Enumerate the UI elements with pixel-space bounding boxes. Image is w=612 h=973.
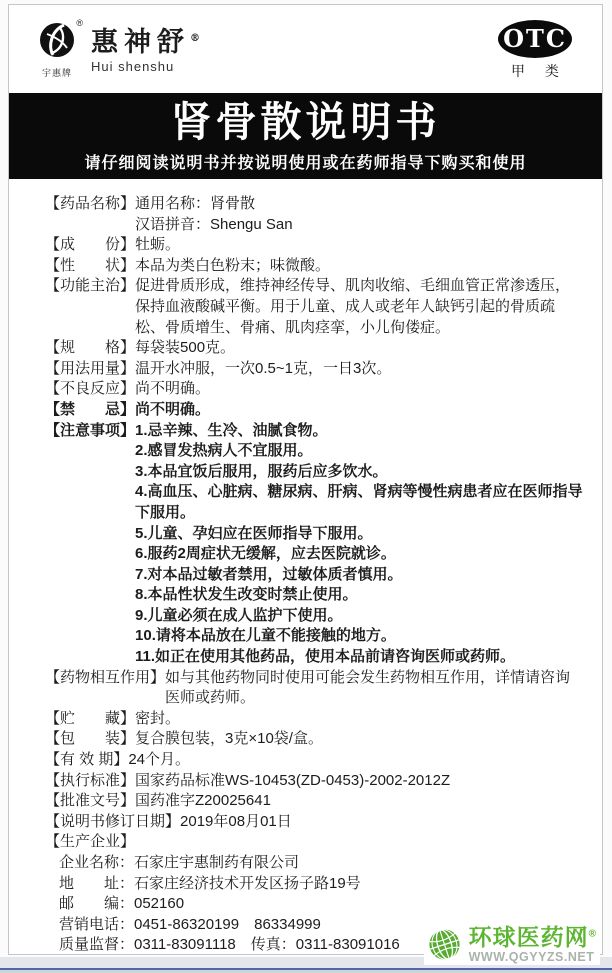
entry-content: 1.忌辛辣、生冷、油腻食物。2.感冒发热病人不宜服用。3.本品宜饭后服用，服药后…: [135, 421, 584, 668]
leaflet-sheet: ® 宇惠牌 惠神舒® Hui shenshu OTC 甲 类 肾骨散说明书 请仔…: [8, 4, 603, 955]
entry-line: 本品为类白色粉末；味微酸。: [135, 256, 584, 277]
leaflet-entry: 【生产企业】: [45, 832, 584, 853]
registered-mark: ®: [589, 928, 597, 939]
leaflet-entry: 【有 效 期】24个月。: [45, 750, 584, 771]
watermark-text: 环球医药网® WWW.QGYYZS.NET: [469, 926, 597, 964]
entry-content: 2019年08月01日: [180, 812, 584, 833]
entry-line: 牡蛎。: [135, 235, 584, 256]
leaflet-entry: 【包 装】复合膜包装，3克×10袋/盒。: [45, 729, 584, 750]
leaflet-entry: 【药品名称】通用名称：肾骨散汉语拼音：Shengu San: [45, 194, 584, 235]
entry-label: 【功能主治】: [45, 276, 135, 297]
globe-icon: [427, 927, 462, 962]
entry-content: 本品为类白色粉末；味微酸。: [135, 256, 584, 277]
entry-content: 密封。: [135, 709, 584, 730]
entry-line: 8.本品性状发生改变时禁止使用。: [135, 585, 584, 606]
entry-line: 通用名称：肾骨散: [135, 194, 584, 215]
entry-line: 国药准字Z20025641: [135, 791, 584, 812]
watermark-url: WWW.QGYYZS.NET: [469, 951, 597, 964]
entry-line: 国家药品标准WS-10453(ZD-0453)-2002-2012Z: [135, 771, 584, 792]
entry-label: 【批准文号】: [45, 791, 135, 812]
leaflet-entry: 【说明书修订日期】2019年08月01日: [45, 812, 584, 833]
entry-line: 4.高血压、心脏病、糖尿病、肝病、肾病等慢性病患者应在医师指导下服用。: [135, 482, 584, 523]
entry-content: 国家药品标准WS-10453(ZD-0453)-2002-2012Z: [135, 771, 584, 792]
leaflet-entry: 【规 格】每袋装500克。: [45, 338, 584, 359]
leaflet-entry: 【执行标准】国家药品标准WS-10453(ZD-0453)-2002-2012Z: [45, 771, 584, 792]
entry-label: 【贮 藏】: [45, 709, 135, 730]
manufacturer-row: 企业名称：石家庄宇惠制药有限公司: [45, 853, 584, 874]
leaflet-entry: 【批准文号】国药准字Z20025641: [45, 791, 584, 812]
entry-label: 【成 份】: [45, 235, 135, 256]
page-subtitle: 请仔细阅读说明书并按说明使用或在药师指导下购买和使用: [9, 150, 602, 173]
entry-line: 24个月。: [128, 750, 584, 771]
yuhui-logo-icon: [37, 20, 77, 60]
sections: 【药品名称】通用名称：肾骨散汉语拼音：Shengu San【成 份】牡蛎。【性 …: [9, 179, 602, 955]
logo-sub-label: 宇惠牌: [33, 66, 81, 79]
entry-label: 【说明书修订日期】: [45, 812, 180, 833]
entry-line: 3.本品宜饭后服用，服药后应多饮水。: [135, 462, 584, 483]
brand-name-block: 惠神舒® Hui shenshu: [91, 20, 200, 74]
entry-content: 牡蛎。: [135, 235, 584, 256]
entry-label: 【用法用量】: [45, 359, 135, 380]
entry-label: 【药物相互作用】: [45, 668, 165, 689]
leaflet-header: ® 宇惠牌 惠神舒® Hui shenshu OTC 甲 类: [9, 5, 602, 93]
watermark-name-text: 环球医药网: [469, 924, 589, 950]
entry-content: 促进骨质形成，维持神经传导、肌肉收缩、毛细血管正常渗透压，保持血液酸碱平衡。用于…: [135, 276, 584, 338]
entry-line: 尚不明确。: [135, 379, 584, 400]
brand-name-text: 惠神舒: [91, 27, 190, 58]
leaflet-entry: 【不良反应】尚不明确。: [45, 379, 584, 400]
registered-mark: ®: [190, 33, 200, 44]
entry-line: 2.感冒发热病人不宜服用。: [135, 441, 584, 462]
entry-line: 2019年08月01日: [180, 812, 584, 833]
entry-label: 【药品名称】: [45, 194, 135, 215]
entry-line: 复合膜包装，3克×10袋/盒。: [135, 729, 584, 750]
title-bar: 肾骨散说明书 请仔细阅读说明书并按说明使用或在药师指导下购买和使用: [9, 93, 602, 179]
leaflet-entry: 【成 份】牡蛎。: [45, 235, 584, 256]
watermark-site-name: 环球医药网®: [469, 926, 597, 949]
entry-content: 复合膜包装，3克×10袋/盒。: [135, 729, 584, 750]
entry-content: 尚不明确。: [135, 400, 584, 421]
entry-label: 【生产企业】: [45, 832, 135, 853]
entry-label: 【有 效 期】: [45, 750, 128, 771]
entry-content: 24个月。: [128, 750, 584, 771]
leaflet-entry: 【用法用量】温开水冲服，一次0.5~1克，一日3次。: [45, 359, 584, 380]
leaflet-entry: 【药物相互作用】如与其他药物同时使用可能会发生药物相互作用，详情请咨询医师或药师…: [45, 668, 584, 709]
entry-label: 【禁 忌】: [45, 400, 135, 421]
leaflet-entry: 【性 状】本品为类白色粉末；味微酸。: [45, 256, 584, 277]
brand-name: 惠神舒®: [91, 24, 200, 58]
entry-line: 汉语拼音：Shengu San: [135, 215, 584, 236]
entry-line: 每袋装500克。: [135, 338, 584, 359]
brand-logo-group: ® 宇惠牌 惠神舒® Hui shenshu: [33, 20, 200, 79]
entry-line: 9.儿童必须在成人监护下使用。: [135, 606, 584, 627]
otc-category-label: 甲 类: [498, 61, 572, 81]
entry-line: 促进骨质形成，维持神经传导、肌肉收缩、毛细血管正常渗透压，保持血液酸碱平衡。用于…: [135, 276, 584, 338]
entry-content: 如与其他药物同时使用可能会发生药物相互作用，详情请咨询医师或药师。: [165, 668, 584, 709]
entry-line: 6.服药2周症状无缓解，应去医院就诊。: [135, 544, 584, 565]
entry-line: 1.忌辛辣、生冷、油腻食物。: [135, 421, 584, 442]
page-title: 肾骨散说明书: [9, 99, 602, 145]
entry-label: 【性 状】: [45, 256, 135, 277]
entry-line: 10.请将本品放在儿童不能接触的地方。: [135, 626, 584, 647]
entry-line: 11.如正在使用其他药品，使用本品前请咨询医师或药师。: [135, 647, 584, 668]
leaflet-entry: 【贮 藏】密封。: [45, 709, 584, 730]
entry-label: 【执行标准】: [45, 771, 135, 792]
otc-oval-label: OTC: [498, 20, 572, 58]
entry-content: 温开水冲服，一次0.5~1克，一日3次。: [135, 359, 584, 380]
manufacturer-row: 地 址：石家庄经济技术开发区扬子路19号: [45, 874, 584, 895]
entry-content: 国药准字Z20025641: [135, 791, 584, 812]
manufacturer-row: 邮 编：052160: [45, 894, 584, 915]
entry-label: 【包 装】: [45, 729, 135, 750]
entry-label: 【不良反应】: [45, 379, 135, 400]
entry-line: 如与其他药物同时使用可能会发生药物相互作用，详情请咨询医师或药师。: [165, 668, 584, 709]
entry-label: 【注意事项】: [45, 421, 135, 442]
entry-line: 7.对本品过敏者禁用，过敏体质者慎用。: [135, 565, 584, 586]
entry-line: 温开水冲服，一次0.5~1克，一日3次。: [135, 359, 584, 380]
watermark: 环球医药网® WWW.QGYYZS.NET: [424, 924, 600, 966]
leaflet-entry: 【注意事项】1.忌辛辣、生冷、油腻食物。2.感冒发热病人不宜服用。3.本品宜饭后…: [45, 421, 584, 668]
otc-badge: OTC 甲 类: [498, 18, 572, 81]
leaflet-entry: 【功能主治】促进骨质形成，维持神经传导、肌肉收缩、毛细血管正常渗透压，保持血液酸…: [45, 276, 584, 338]
entry-line: 5.儿童、孕妇应在医师指导下服用。: [135, 524, 584, 545]
yuhui-logo: ® 宇惠牌: [33, 20, 81, 79]
registered-mark: ®: [76, 18, 83, 28]
entry-content: 每袋装500克。: [135, 338, 584, 359]
entry-line: 尚不明确。: [135, 400, 584, 421]
brand-pinyin: Hui shenshu: [91, 59, 200, 74]
leaflet-entry: 【禁 忌】尚不明确。: [45, 400, 584, 421]
entry-content: 通用名称：肾骨散汉语拼音：Shengu San: [135, 194, 584, 235]
entry-label: 【规 格】: [45, 338, 135, 359]
entry-line: 密封。: [135, 709, 584, 730]
entry-content: 尚不明确。: [135, 379, 584, 400]
